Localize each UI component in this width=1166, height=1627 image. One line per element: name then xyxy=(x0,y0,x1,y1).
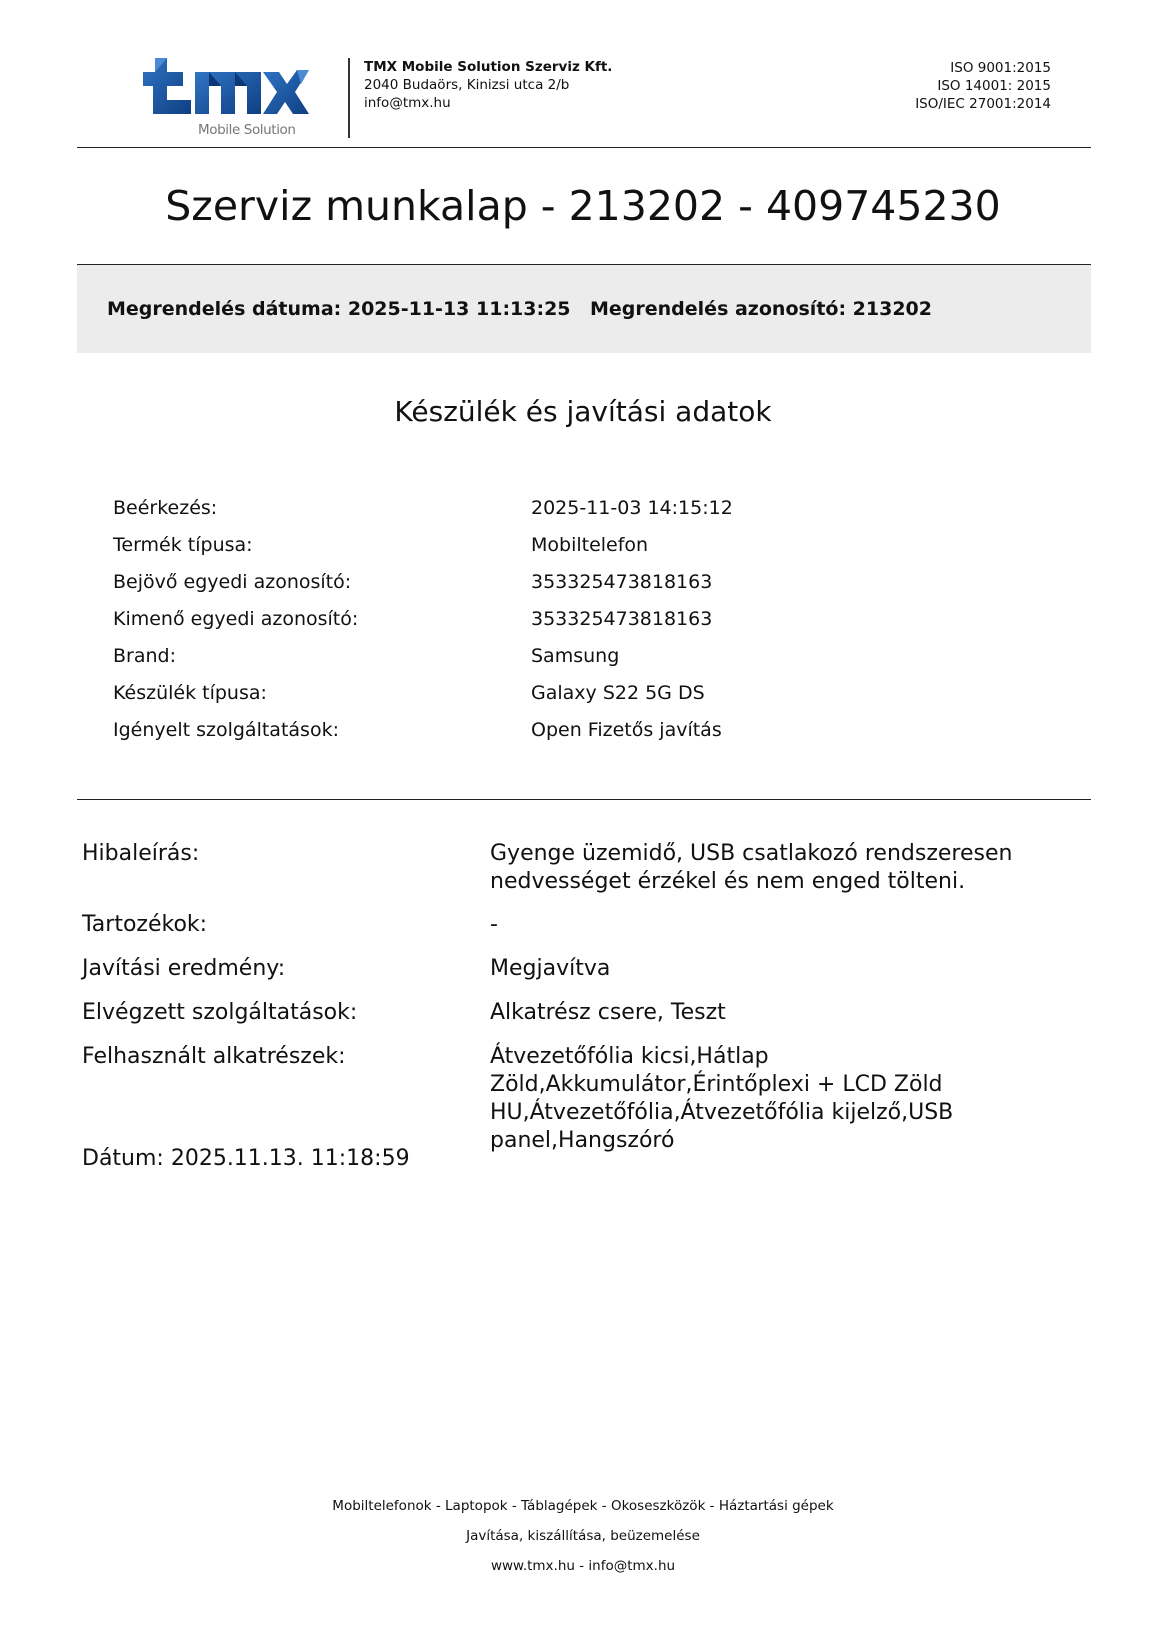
device-row-value: Open Fizetős javítás xyxy=(531,712,722,749)
device-row-incoming-id: Bejövő egyedi azonosító: 353325473818163 xyxy=(113,564,1013,601)
certification-iso27001: ISO/IEC 27001:2014 xyxy=(915,95,1051,113)
device-row-value: Galaxy S22 5G DS xyxy=(531,675,705,712)
device-row-label: Igényelt szolgáltatások: xyxy=(113,712,339,749)
repair-row-value: Megjavítva xyxy=(490,955,1095,983)
certifications: ISO 9001:2015 ISO 14001: 2015 ISO/IEC 27… xyxy=(915,59,1051,113)
device-section-title: Készülék és javítási adatok xyxy=(0,394,1166,430)
device-row-value: 353325473818163 xyxy=(531,564,712,601)
repair-row-value: - xyxy=(490,911,1095,939)
company-email: info@tmx.hu xyxy=(364,94,612,112)
device-row-label: Brand: xyxy=(113,638,176,675)
header-divider xyxy=(348,58,350,138)
device-row-label: Kimenő egyedi azonosító: xyxy=(113,601,358,638)
page-title: Szerviz munkalap - 213202 - 409745230 xyxy=(0,180,1166,232)
device-row-label: Beérkezés: xyxy=(113,490,217,527)
device-row-value: 353325473818163 xyxy=(531,601,712,638)
document-date: Dátum: 2025.11.13. 11:18:59 xyxy=(82,1145,410,1173)
device-row-label: Termék típusa: xyxy=(113,527,253,564)
device-row-product-type: Termék típusa: Mobiltelefon xyxy=(113,527,1013,564)
repair-row-label: Javítási eredmény: xyxy=(82,955,285,983)
device-row-label: Bejövő egyedi azonosító: xyxy=(113,564,351,601)
repair-row-label: Hibaleírás: xyxy=(82,840,199,868)
header-rule xyxy=(77,147,1091,148)
device-row-device-type: Készülék típusa: Galaxy S22 5G DS xyxy=(113,675,1013,712)
section-rule xyxy=(77,799,1091,800)
footer-line-products: Mobiltelefonok - Laptopok - Táblagépek -… xyxy=(0,1497,1166,1515)
device-row-arrival: Beérkezés: 2025-11-03 14:15:12 xyxy=(113,490,1013,527)
device-row-brand: Brand: Samsung xyxy=(113,638,1013,675)
logo-subtitle: Mobile Solution xyxy=(198,122,296,138)
repair-row-value: Gyenge üzemidő, USB csatlakozó rendszere… xyxy=(490,840,1095,896)
order-id: Megrendelés azonosító: 213202 xyxy=(590,298,932,320)
device-row-value: Samsung xyxy=(531,638,619,675)
footer-line-services: Javítása, kiszállítása, beüzemelése xyxy=(0,1527,1166,1545)
device-row-outgoing-id: Kimenő egyedi azonosító: 353325473818163 xyxy=(113,601,1013,638)
repair-row-label: Felhasznált alkatrészek: xyxy=(82,1043,346,1071)
company-address: 2040 Budaörs, Kinizsi utca 2/b xyxy=(364,76,612,94)
order-info-bar: Megrendelés dátuma: 2025-11-13 11:13:25 … xyxy=(77,265,1091,353)
device-row-value: Mobiltelefon xyxy=(531,527,648,564)
repair-row-value: Átvezetőfólia kicsi,Hátlap Zöld,Akkumulá… xyxy=(490,1043,1095,1155)
device-row-requested-services: Igényelt szolgáltatások: Open Fizetős ja… xyxy=(113,712,1013,749)
order-date: Megrendelés dátuma: 2025-11-13 11:13:25 xyxy=(107,298,571,320)
company-name: TMX Mobile Solution Szerviz Kft. xyxy=(364,58,612,76)
footer-line-contact: www.tmx.hu - info@tmx.hu xyxy=(0,1557,1166,1575)
tmx-logo: Mobile Solution xyxy=(143,56,311,140)
device-row-label: Készülék típusa: xyxy=(113,675,267,712)
repair-row-label: Tartozékok: xyxy=(82,911,207,939)
certification-iso14001: ISO 14001: 2015 xyxy=(915,77,1051,95)
repair-row-value: Alkatrész csere, Teszt xyxy=(490,999,1095,1027)
certification-iso9001: ISO 9001:2015 xyxy=(915,59,1051,77)
tmx-logo-icon xyxy=(143,56,311,126)
company-info: TMX Mobile Solution Szerviz Kft. 2040 Bu… xyxy=(364,58,612,112)
device-row-value: 2025-11-03 14:15:12 xyxy=(531,490,733,527)
repair-row-label: Elvégzett szolgáltatások: xyxy=(82,999,357,1027)
